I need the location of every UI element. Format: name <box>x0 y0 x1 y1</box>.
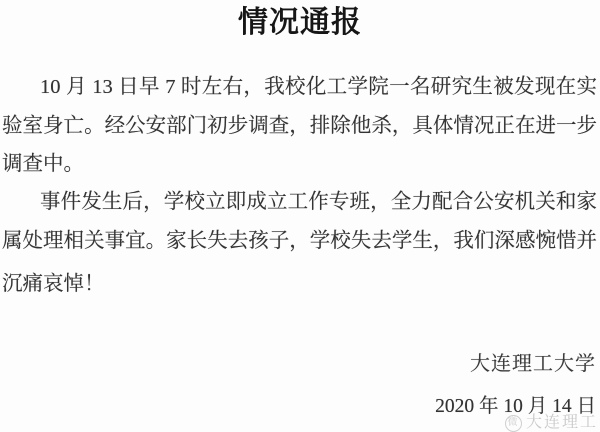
body-line-2: 验室身亡。经公安部门初步调查，排除他杀，具体情况正在进一步 <box>2 113 597 139</box>
document-title: 情况通报 <box>0 4 600 42</box>
body-line-3: 调查中。 <box>2 151 597 177</box>
watermark-text: 大连理工 <box>526 413 598 432</box>
notice-document: 情况通报 10 月 13 日早 7 时左右，我校化工学院一名研究生被发现在实 验… <box>0 0 600 432</box>
weibo-badge-icon: 微 <box>505 415 522 432</box>
signature-organization: 大连理工大学 <box>470 351 596 377</box>
body-line-5: 属处理相关事宜。家长失去孩子，学校失去学生，我们深感惋惜并 <box>2 228 597 254</box>
weibo-watermark: 微 大连理工 <box>505 413 598 432</box>
body-line-4: 事件发生后，学校立即成立工作专班，全力配合公安机关和家 <box>2 189 597 215</box>
body-line-1: 10 月 13 日早 7 时左右，我校化工学院一名研究生被发现在实 <box>2 74 597 100</box>
body-line-6: 沉痛哀悼！ <box>2 271 597 297</box>
